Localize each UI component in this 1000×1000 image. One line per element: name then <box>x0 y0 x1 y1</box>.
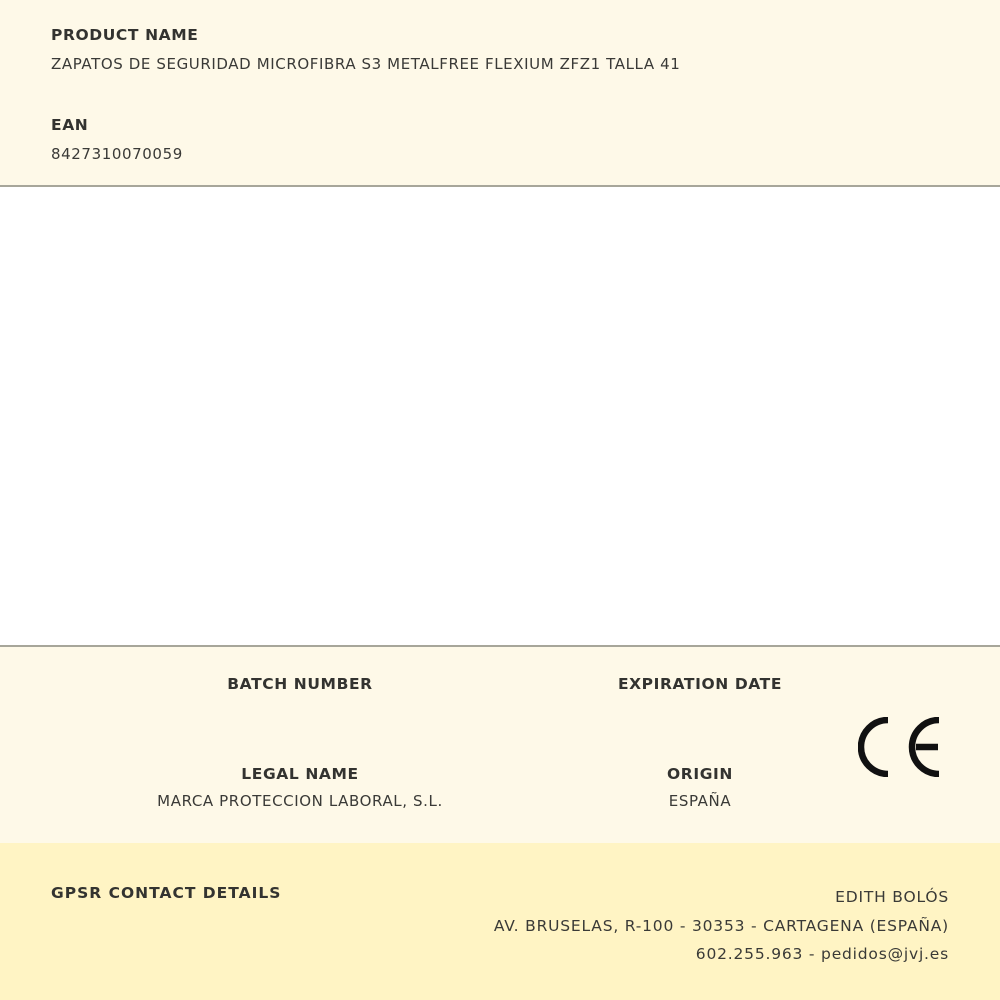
product-name-label: PRODUCT NAME <box>51 26 198 44</box>
ean-label: EAN <box>51 116 88 134</box>
ce-mark-icon <box>858 717 942 777</box>
ean-value: 8427310070059 <box>51 145 183 163</box>
contact-address: AV. BRUSELAS, R-100 - 30353 - CARTAGENA … <box>494 912 949 941</box>
product-name-value: ZAPATOS DE SEGURIDAD MICROFIBRA S3 METAL… <box>51 55 680 73</box>
batch-number-field: BATCH NUMBER <box>100 675 500 702</box>
contact-name: EDITH BOLÓS <box>494 883 949 912</box>
origin-field: ORIGIN ESPAÑA <box>500 765 900 810</box>
origin-label: ORIGIN <box>500 765 900 783</box>
legal-name-label: LEGAL NAME <box>100 765 500 783</box>
gpsr-contact-section: GPSR CONTACT DETAILS EDITH BOLÓS AV. BRU… <box>0 843 1000 1000</box>
legal-name-value: MARCA PROTECCION LABORAL, S.L. <box>100 792 500 810</box>
expiration-date-field: EXPIRATION DATE <box>500 675 900 702</box>
legal-name-field: LEGAL NAME MARCA PROTECCION LABORAL, S.L… <box>100 765 500 810</box>
gpsr-contact-label: GPSR CONTACT DETAILS <box>51 884 281 902</box>
details-section: BATCH NUMBER EXPIRATION DATE LEGAL NAME … <box>0 645 1000 845</box>
product-info-section: PRODUCT NAME ZAPATOS DE SEGURIDAD MICROF… <box>0 0 1000 187</box>
batch-number-label: BATCH NUMBER <box>100 675 500 693</box>
expiration-date-label: EXPIRATION DATE <box>500 675 900 693</box>
contact-details: EDITH BOLÓS AV. BRUSELAS, R-100 - 30353 … <box>494 883 949 969</box>
product-label-page: PRODUCT NAME ZAPATOS DE SEGURIDAD MICROF… <box>0 0 1000 1000</box>
contact-phone-email: 602.255.963 - pedidos@jvj.es <box>494 940 949 969</box>
origin-value: ESPAÑA <box>500 792 900 810</box>
blank-area <box>0 187 1000 645</box>
